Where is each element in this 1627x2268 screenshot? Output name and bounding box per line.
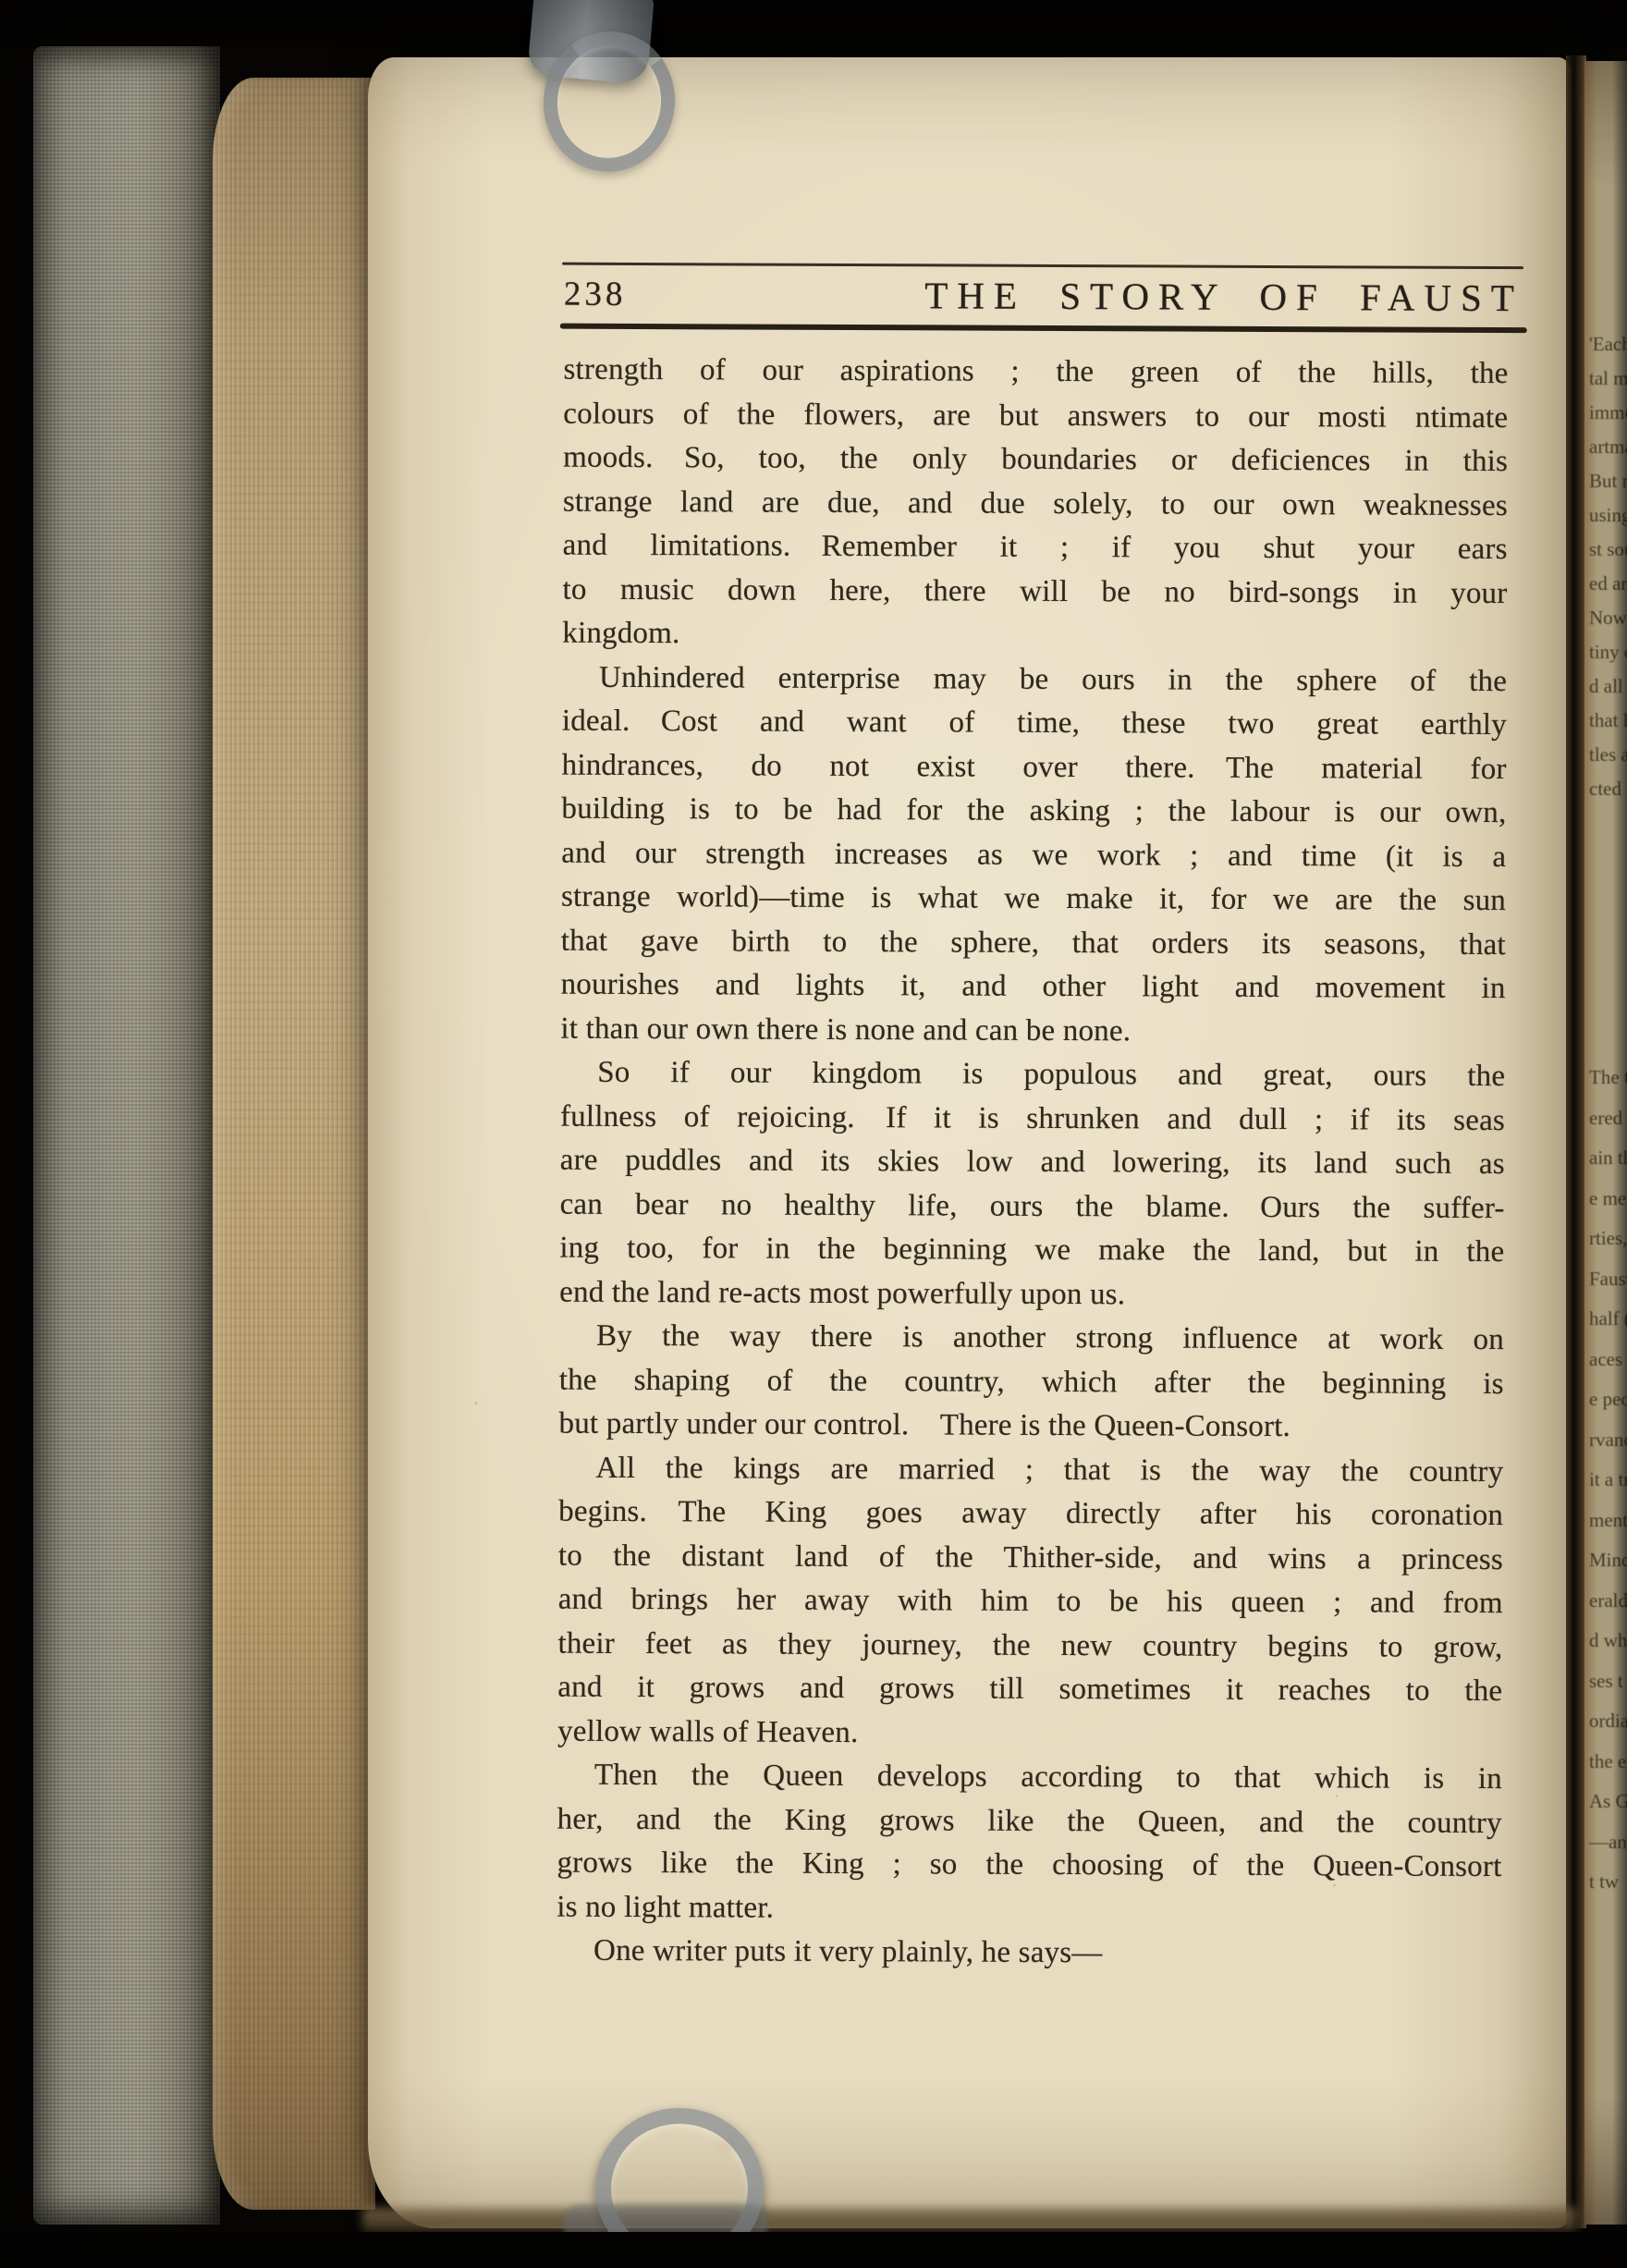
page-bottom-edge [362,2208,1577,2232]
text-line: to the distant land of the Thither-side,… [558,1534,1503,1582]
book-page: 238 THE STORY OF FAUST strength of our a… [368,57,1572,2228]
text-line: strange land are due, and due solely, to… [563,480,1508,528]
book-cloth-cover [33,46,220,2225]
text-line: end the land re-acts most powerfully upo… [559,1270,1504,1318]
text-line: that gave birth to the sphere, that orde… [561,919,1506,967]
bottom-background-band [0,2232,1627,2268]
text-line: strange world)—time is what we make it, … [561,876,1506,924]
text-line: their feet as they journey, the new coun… [557,1622,1502,1670]
text-line: and it grows and grows till sometimes it… [557,1666,1502,1714]
header-rule-bottom [560,324,1527,334]
text-line: All the kings are married ; that is the … [558,1446,1503,1494]
page-number: 238 [564,274,627,313]
text-line: ing too, for in the beginning we make th… [559,1227,1504,1275]
text-line: and brings her away with him to be his q… [558,1578,1503,1626]
paragraph: strength of our aspirations ; the green … [562,349,1508,660]
right-edge-shadow [1612,0,1627,2268]
paragraph: One writer puts it very plainly, he says… [557,1930,1501,1978]
book-photo: 238 THE STORY OF FAUST strength of our a… [0,0,1627,2268]
text-line: her, and the King grows like the Queen, … [557,1797,1502,1845]
paragraph: Unhindered enterprise may be ours in the… [560,656,1507,1055]
text-line: yellow walls of Heaven. [557,1710,1502,1758]
running-title: THE STORY OF FAUST [924,273,1523,320]
text-line: are puddles and its skies low and loweri… [560,1139,1505,1187]
text-line: grows like the King ; so the choosing of… [557,1842,1501,1890]
paragraph: All the kings are married ; that is the … [557,1446,1503,1758]
text-line: colours of the flowers, are but answers … [563,392,1508,440]
text-line: it than our own there is none and can be… [560,1007,1505,1055]
paragraph: Then the Queen develops according to tha… [557,1754,1502,1933]
text-line: building is to be had for the asking ; t… [561,788,1506,836]
text-line: but partly under our control. There is t… [558,1403,1503,1451]
text-line: Then the Queen develops according to tha… [557,1754,1502,1802]
paragraph: By the way there is another strong influ… [558,1315,1504,1451]
paragraph: So if our kingdom is populous and great,… [559,1051,1505,1318]
text-line: So if our kingdom is populous and great,… [560,1051,1505,1099]
text-block: strength of our aspirations ; the green … [557,349,1509,1978]
text-line: can bear no healthy life, ours the blame… [560,1183,1505,1231]
printed-area: 238 THE STORY OF FAUST strength of our a… [360,55,1572,2232]
text-line: One writer puts it very plainly, he says… [557,1930,1501,1978]
text-line: and limitations. Remember it ; if you sh… [563,524,1508,572]
text-line: By the way there is another strong influ… [559,1315,1504,1363]
text-line: fullness of rejoicing. If it is shrunken… [560,1095,1505,1143]
text-line: hindrances, do not exist over there. The… [562,743,1507,791]
text-line: ideal. Cost and want of time, these two … [562,700,1507,748]
text-line: is no light matter. [557,1885,1501,1933]
page-header: 238 THE STORY OF FAUST [564,267,1523,325]
text-line: the shaping of the country, which after … [559,1358,1504,1406]
gutter-shadow [1566,55,1586,2228]
fore-edge-page-stack [213,78,375,2210]
text-line: kingdom. [562,612,1507,660]
text-line: to music down here, there will be no bir… [562,568,1507,616]
text-line: strength of our aspirations ; the green … [563,349,1508,397]
text-line: and our strength increases as we work ; … [561,831,1506,879]
text-line: begins. The King goes away directly afte… [558,1490,1503,1539]
text-line: nourishes and lights it, and other light… [561,963,1506,1011]
text-line: Unhindered enterprise may be ours in the… [562,656,1507,704]
text-line: moods. So, too, the only boundaries or d… [563,436,1508,484]
top-background-band [0,0,1627,46]
